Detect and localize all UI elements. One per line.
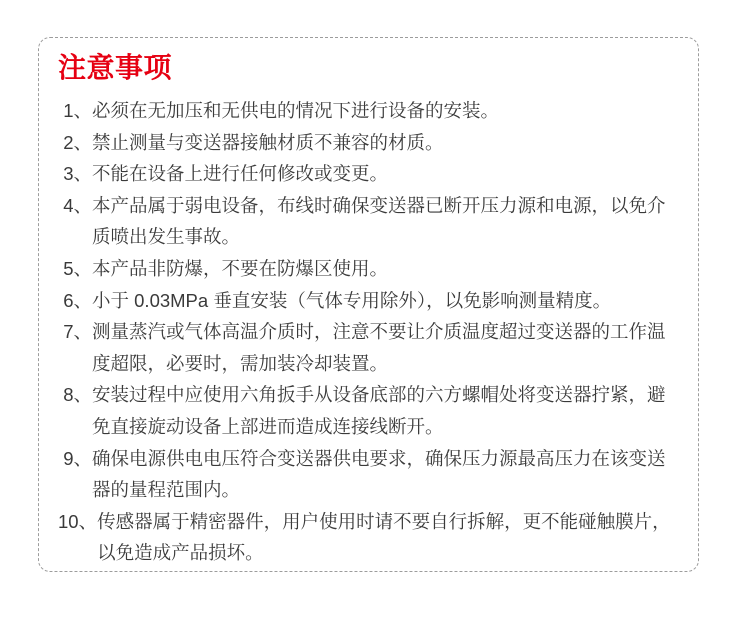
- notice-panel: 注意事项 1、 必须在无加压和无供电的情况下进行设备的安装。 2、 禁止测量与变…: [38, 37, 699, 572]
- list-item: 2、 禁止测量与变送器接触材质不兼容的材质。: [58, 127, 676, 159]
- list-item-number: 2、: [58, 127, 92, 159]
- list-item-number: 7、: [58, 316, 92, 348]
- list-item-number: 3、: [58, 158, 92, 190]
- list-item-text: 测量蒸汽或气体高温介质时，注意不要让介质温度超过变送器的工作温度超限，必要时，需…: [92, 316, 676, 379]
- notice-list: 1、 必须在无加压和无供电的情况下进行设备的安装。 2、 禁止测量与变送器接触材…: [58, 95, 676, 569]
- list-item-number: 1、: [58, 95, 92, 127]
- list-item-number: 5、: [58, 253, 92, 285]
- list-item: 9、 确保电源供电电压符合变送器供电要求，确保压力源最高压力在该变送器的量程范围…: [58, 443, 676, 506]
- list-item: 3、 不能在设备上进行任何修改或变更。: [58, 158, 676, 190]
- list-item-number: 10、: [58, 506, 97, 538]
- list-item-text: 不能在设备上进行任何修改或变更。: [92, 158, 676, 190]
- list-item-number: 4、: [58, 190, 92, 222]
- list-item-text: 本产品非防爆，不要在防爆区使用。: [92, 253, 676, 285]
- list-item: 4、 本产品属于弱电设备，布线时确保变送器已断开压力源和电源，以免介质喷出发生事…: [58, 190, 676, 253]
- list-item-text: 本产品属于弱电设备，布线时确保变送器已断开压力源和电源，以免介质喷出发生事故。: [92, 190, 676, 253]
- list-item-text: 必须在无加压和无供电的情况下进行设备的安装。: [92, 95, 676, 127]
- list-item-text: 小于 0.03MPa 垂直安装（气体专用除外），以免影响测量精度。: [92, 285, 676, 317]
- list-item-text: 传感器属于精密器件，用户使用时请不要自行拆解，更不能碰触膜片，以免造成产品损坏。: [97, 506, 676, 569]
- list-item-text: 禁止测量与变送器接触材质不兼容的材质。: [92, 127, 676, 159]
- notice-title: 注意事项: [58, 52, 676, 84]
- list-item-text: 确保电源供电电压符合变送器供电要求，确保压力源最高压力在该变送器的量程范围内。: [92, 443, 676, 506]
- list-item-text: 安装过程中应使用六角扳手从设备底部的六方螺帽处将变送器拧紧，避免直接旋动设备上部…: [92, 379, 676, 442]
- list-item: 6、 小于 0.03MPa 垂直安装（气体专用除外），以免影响测量精度。: [58, 285, 676, 317]
- list-item: 10、 传感器属于精密器件，用户使用时请不要自行拆解，更不能碰触膜片，以免造成产…: [58, 506, 676, 569]
- list-item: 8、 安装过程中应使用六角扳手从设备底部的六方螺帽处将变送器拧紧，避免直接旋动设…: [58, 379, 676, 442]
- list-item: 7、 测量蒸汽或气体高温介质时，注意不要让介质温度超过变送器的工作温度超限，必要…: [58, 316, 676, 379]
- list-item: 1、 必须在无加压和无供电的情况下进行设备的安装。: [58, 95, 676, 127]
- list-item: 5、 本产品非防爆，不要在防爆区使用。: [58, 253, 676, 285]
- list-item-number: 9、: [58, 443, 92, 475]
- list-item-number: 8、: [58, 379, 92, 411]
- list-item-number: 6、: [58, 285, 92, 317]
